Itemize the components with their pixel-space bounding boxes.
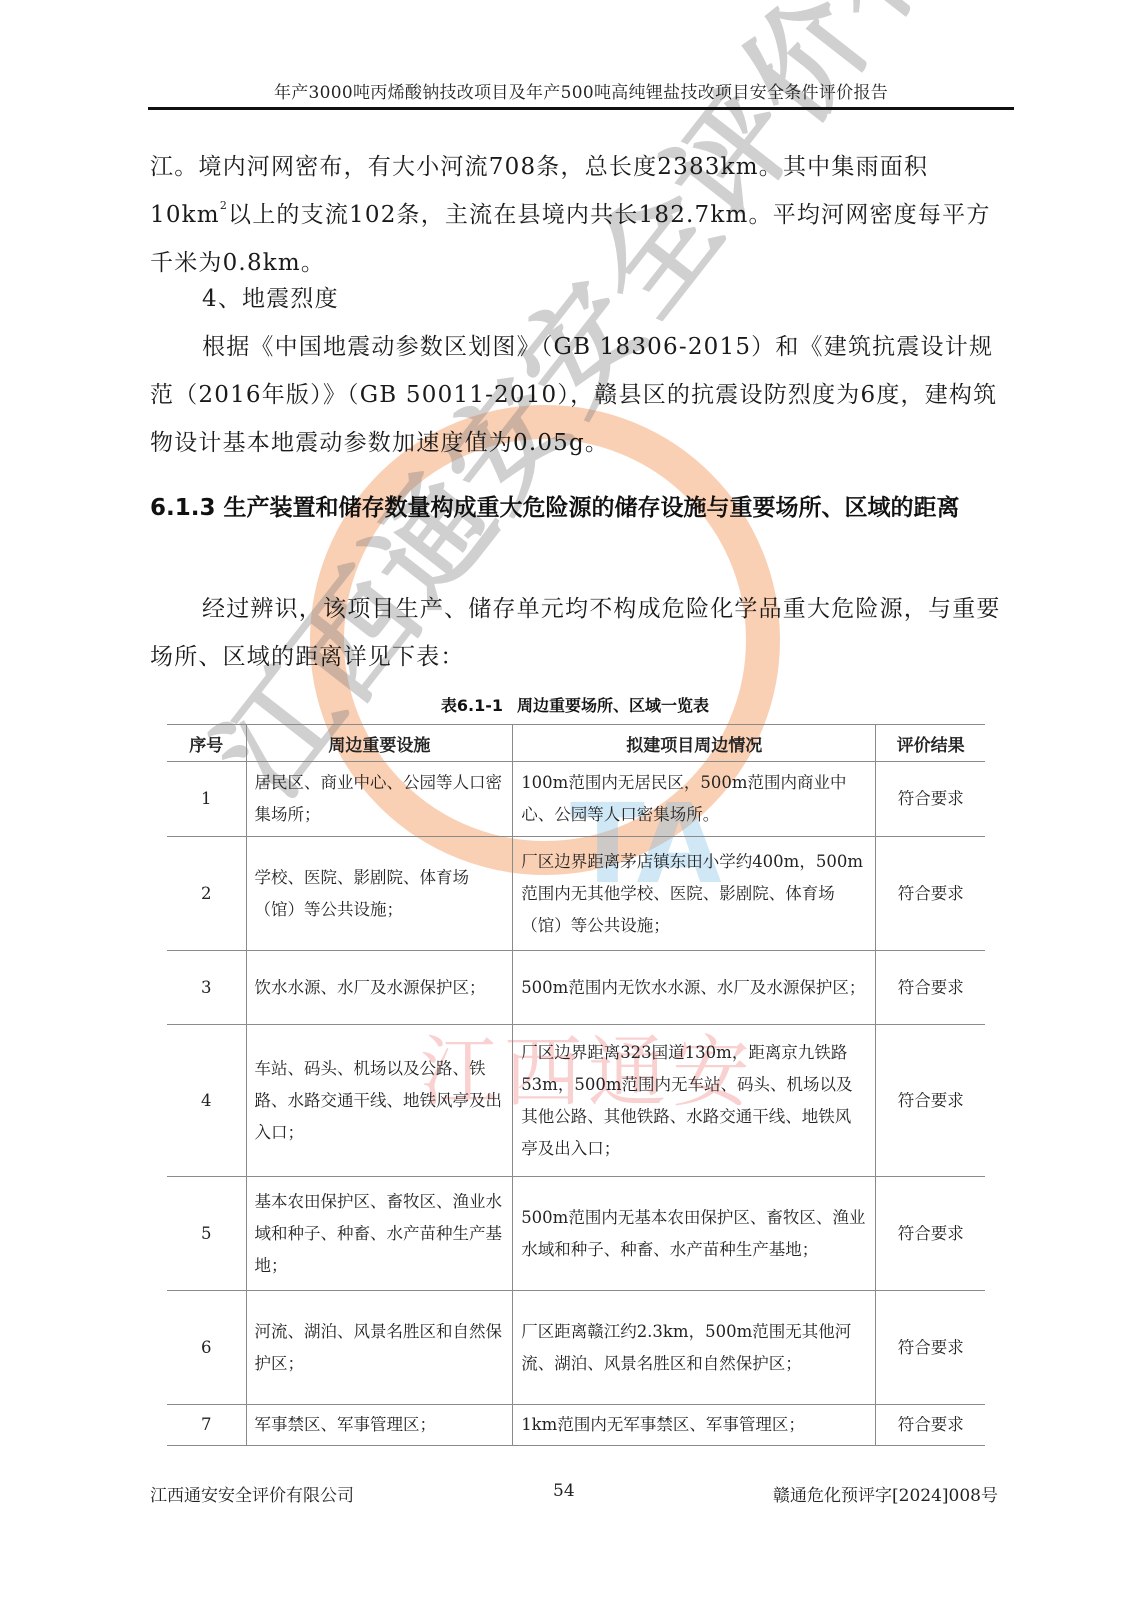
page-header-title: 年产3000吨丙烯酸钠技改项目及年产500吨高纯锂盐技改项目安全条件评价报告 <box>148 78 1014 103</box>
header-facility: 周边重要设施 <box>246 725 513 762</box>
header-situation: 拟建项目周边情况 <box>513 725 876 762</box>
table-row: 7 军事禁区、军事管理区； 1km范围内无军事禁区、军事管理区； 符合要求 <box>167 1405 985 1446</box>
row-result: 符合要求 <box>876 951 985 1025</box>
row-facility: 军事禁区、军事管理区； <box>246 1405 513 1446</box>
row-no: 7 <box>167 1405 246 1446</box>
row-situation: 厂区边界距离323国道130m，距离京九铁路53m，500m范围内无车站、码头、… <box>513 1025 876 1177</box>
section-heading: 6.1.3 生产装置和储存数量构成重大危险源的储存设施与重要场所、区域的距离 <box>150 482 1010 534</box>
table-row: 3 饮水水源、水厂及水源保护区； 500m范围内无饮水水源、水厂及水源保护区； … <box>167 951 985 1025</box>
row-situation: 100m范围内无居民区，500m范围内商业中心、公园等人口密集场所。 <box>513 762 876 837</box>
table-row: 5 基本农田保护区、畜牧区、渔业水域和种子、种畜、水产苗种生产基地； 500m范… <box>167 1177 985 1291</box>
header-divider <box>148 107 1014 110</box>
table-row: 2 学校、医院、影剧院、体育场（馆）等公共设施； 厂区边界距离茅店镇东田小学约4… <box>167 837 985 951</box>
header-result: 评价结果 <box>876 725 985 762</box>
header-no: 序号 <box>167 725 246 762</box>
table-row: 4 车站、码头、机场以及公路、铁路、水路交通干线、地铁风亭及出入口； 厂区边界距… <box>167 1025 985 1177</box>
footer-company: 江西通安安全评价有限公司 <box>150 1481 354 1506</box>
row-result: 符合要求 <box>876 762 985 837</box>
paragraph-identification: 经过辨识，该项目生产、储存单元均不构成危险化学品重大危险源，与重要场所、区域的距… <box>150 585 1002 681</box>
paragraph-seismic: 根据《中国地震动参数区划图》（GB 18306-2015）和《建筑抗震设计规范（… <box>150 323 1002 467</box>
row-situation: 500m范围内无基本农田保护区、畜牧区、渔业水域和种子、种畜、水产苗种生产基地； <box>513 1177 876 1291</box>
footer-doc-number: 赣通危化预评字[2024]008号 <box>773 1481 998 1506</box>
superscript: 2 <box>220 199 228 212</box>
row-situation: 1km范围内无军事禁区、军事管理区； <box>513 1405 876 1446</box>
row-facility: 饮水水源、水厂及水源保护区； <box>246 951 513 1025</box>
row-situation: 厂区距离赣江约2.3km，500m范围无其他河流、湖泊、风景名胜区和自然保护区； <box>513 1291 876 1405</box>
paragraph-rivers: 江。境内河网密布，有大小河流708条，总长度2383km。其中集雨面积10km2… <box>150 143 1002 287</box>
subheading-seismic: 4、地震烈度 <box>150 275 1002 323</box>
table-caption-title: 周边重要场所、区域一览表 <box>517 696 709 715</box>
row-result: 符合要求 <box>876 1025 985 1177</box>
table-caption: 表6.1-1周边重要场所、区域一览表 <box>150 693 1000 716</box>
row-facility: 基本农田保护区、畜牧区、渔业水域和种子、种畜、水产苗种生产基地； <box>246 1177 513 1291</box>
row-no: 1 <box>167 762 246 837</box>
footer-page-number: 54 <box>553 1481 575 1501</box>
row-facility: 居民区、商业中心、公园等人口密集场所； <box>246 762 513 837</box>
row-no: 6 <box>167 1291 246 1405</box>
row-no: 5 <box>167 1177 246 1291</box>
row-result: 符合要求 <box>876 1291 985 1405</box>
table-row: 6 河流、湖泊、风景名胜区和自然保护区； 厂区距离赣江约2.3km，500m范围… <box>167 1291 985 1405</box>
row-situation: 500m范围内无饮水水源、水厂及水源保护区； <box>513 951 876 1025</box>
row-facility: 河流、湖泊、风景名胜区和自然保护区； <box>246 1291 513 1405</box>
row-facility: 车站、码头、机场以及公路、铁路、水路交通干线、地铁风亭及出入口； <box>246 1025 513 1177</box>
row-no: 4 <box>167 1025 246 1177</box>
row-no: 3 <box>167 951 246 1025</box>
row-result: 符合要求 <box>876 1177 985 1291</box>
row-facility: 学校、医院、影剧院、体育场（馆）等公共设施； <box>246 837 513 951</box>
distance-table: 序号 周边重要设施 拟建项目周边情况 评价结果 1 居民区、商业中心、公园等人口… <box>167 724 985 1446</box>
table-row: 1 居民区、商业中心、公园等人口密集场所； 100m范围内无居民区，500m范围… <box>167 762 985 837</box>
row-situation: 厂区边界距离茅店镇东田小学约400m，500m范围内无其他学校、医院、影剧院、体… <box>513 837 876 951</box>
row-no: 2 <box>167 837 246 951</box>
row-result: 符合要求 <box>876 1405 985 1446</box>
row-result: 符合要求 <box>876 837 985 951</box>
table-caption-number: 表6.1-1 <box>441 696 503 715</box>
paragraph-rivers-rest: 以上的支流102条，主流在县境内共长182.7km。平均河网密度每平方千米为0.… <box>150 202 991 276</box>
table-header-row: 序号 周边重要设施 拟建项目周边情况 评价结果 <box>167 725 985 762</box>
